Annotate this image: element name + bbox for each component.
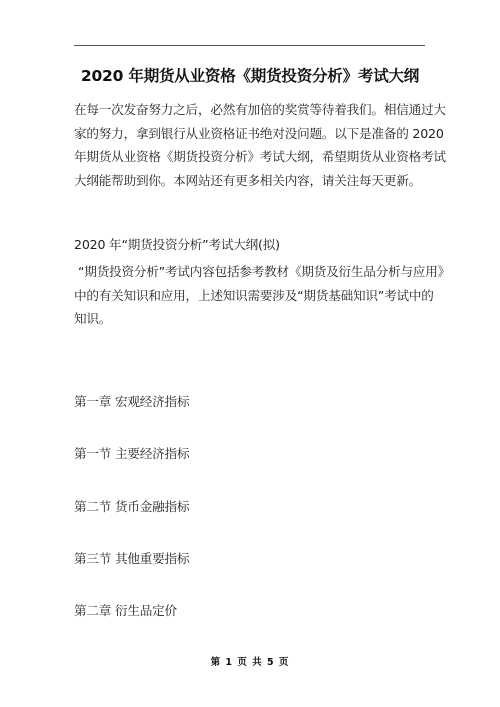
- header-rule: [74, 45, 425, 46]
- scope-line: 知识。: [74, 307, 430, 331]
- outline-title: 2020 年“期货投资分析”考试大纲(拟): [74, 233, 430, 257]
- scope-paragraph: “期货投资分析”考试内容包括参考教材《期货及衍生品分析与应用》 中的有关知识和应…: [74, 260, 430, 331]
- chapter-heading-2: 第二章 衍生品定价: [74, 601, 177, 621]
- section-heading-1-1: 第一节 主要经济指标: [74, 444, 189, 464]
- section-heading-1-3: 第三节 其他重要指标: [74, 549, 189, 569]
- intro-line: 家的努力，拿到银行从业资格证书绝对没问题。以下是准备的 2020: [74, 122, 430, 146]
- intro-line: 在每一次发奋努力之后，必然有加倍的奖赏等待着我们。相信通过大: [74, 98, 430, 122]
- intro-line: 大纲能帮助到你。本网站还有更多相关内容，请关注每天更新。: [74, 169, 430, 193]
- chapter-heading-1: 第一章 宏观经济指标: [74, 392, 189, 412]
- intro-line: 年期货从业资格《期货投资分析》考试大纲，希望期货从业资格考试: [74, 145, 430, 169]
- section-heading-1-2: 第二节 货币金融指标: [74, 497, 189, 517]
- page-indicator: 第 1 页 共 5 页: [0, 654, 500, 668]
- intro-paragraph: 在每一次发奋努力之后，必然有加倍的奖赏等待着我们。相信通过大 家的努力，拿到银行…: [74, 98, 430, 192]
- scope-line: “期货投资分析”考试内容包括参考教材《期货及衍生品分析与应用》: [78, 260, 430, 284]
- scope-line: 中的有关知识和应用，上述知识需要涉及“期货基础知识”考试中的: [74, 284, 430, 308]
- document-title: 2020 年期货从业资格《期货投资分析》考试大纲: [0, 64, 500, 86]
